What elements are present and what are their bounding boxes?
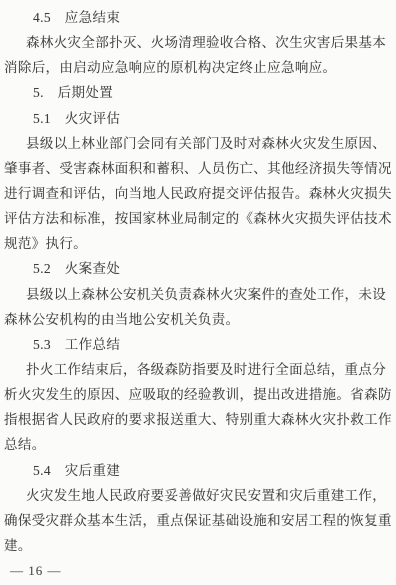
paragraph-line: 消除后，由启动应急响应的原机构决定终止应急响应。 (4, 55, 393, 80)
section-heading-5: 5. 后期处置 (4, 80, 393, 105)
paragraph-line: 确保受灾群众基本生活，重点保证基础设施和安居工程的恢复重 (4, 508, 393, 533)
paragraph-line: 指根据省人民政府的要求报送重大、特别重大森林火灾扑救工作 (4, 407, 393, 432)
paragraph-line: 县级以上林业部门会同有关部门及时对森林火灾发生原因、 (4, 131, 393, 156)
paragraph-line: 森林火灾全部扑灭、火场清理验收合格、次生灾害后果基本 (4, 30, 393, 55)
paragraph-line: 肇事者、受害森林面积和蓄积、人员伤亡、其他经济损失等情况 (4, 156, 393, 181)
section-heading-5-1: 5.1 火灾评估 (4, 106, 393, 131)
paragraph-line: 规范》执行。 (4, 231, 393, 256)
paragraph-line: 建。 (4, 533, 393, 558)
paragraph-line: 扑火工作结束后，各级森防指要及时进行全面总结，重点分 (4, 357, 393, 382)
paragraph-line: 总结。 (4, 432, 393, 457)
section-heading-5-3: 5.3 工作总结 (4, 332, 393, 357)
document-page: 4.5 应急结束 森林火灾全部扑灭、火场清理验收合格、次生灾害后果基本 消除后，… (0, 0, 396, 585)
section-heading-5-4: 5.4 灾后重建 (4, 458, 393, 483)
paragraph-line: 森林公安机构的由当地公安机关负责。 (4, 307, 393, 332)
paragraph-line: 评估方法和标准，按国家林业局制定的《森林火灾损失评估技术 (4, 206, 393, 231)
paragraph-line: 析火灾发生的原因、应吸取的经验教训，提出改进措施。省森防 (4, 382, 393, 407)
page-number: — 16 — (4, 558, 393, 583)
paragraph-line: 进行调查和评估，向当地人民政府提交评估报告。森林火灾损失 (4, 181, 393, 206)
section-heading-4-5: 4.5 应急结束 (4, 5, 393, 30)
paragraph-line: 县级以上森林公安机关负责森林火灾案件的查处工作，未设 (4, 282, 393, 307)
section-heading-5-2: 5.2 火案查处 (4, 256, 393, 281)
paragraph-line: 火灾发生地人民政府要妥善做好灾民安置和灾后重建工作， (4, 483, 393, 508)
